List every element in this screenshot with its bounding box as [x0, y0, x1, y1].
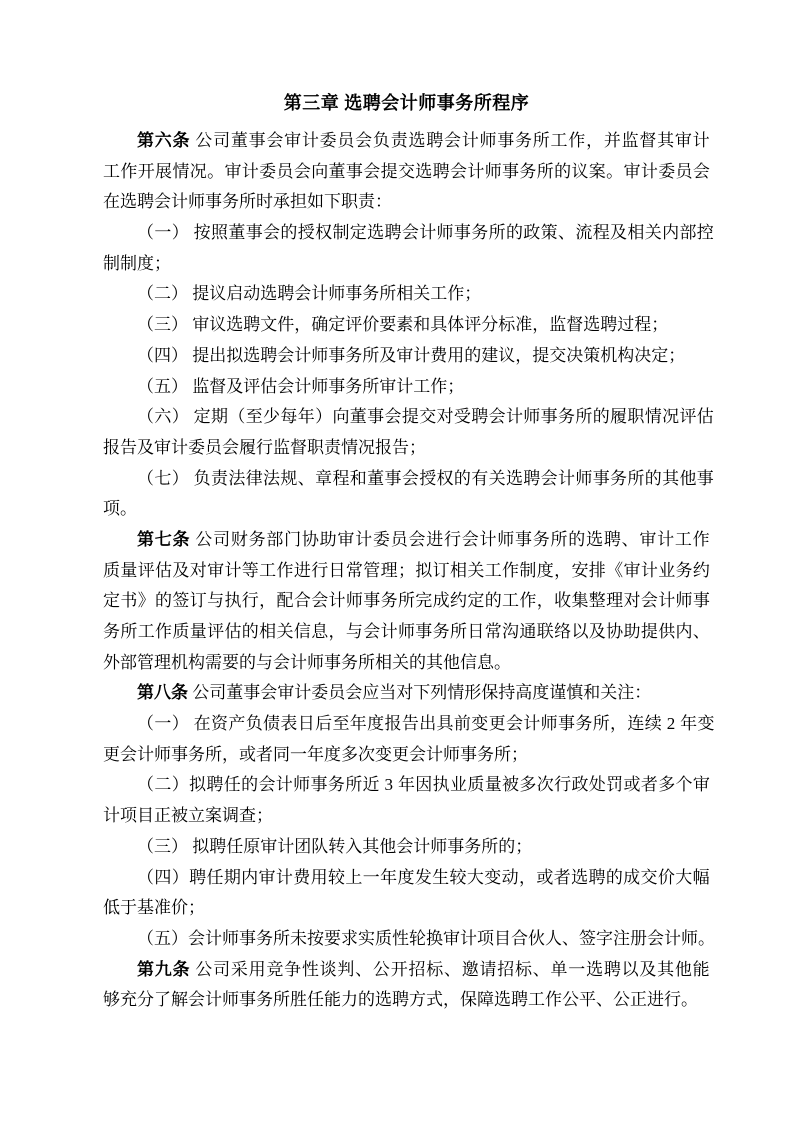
- article-number: 第七条: [137, 530, 190, 549]
- document-content: 第三章 选聘会计师事务所程序 第六条 公司董事会审计委员会负责选聘会计师事务所工…: [103, 88, 710, 1016]
- article-8-item-1: （一） 在资产负债表日后至年度报告出具前变更会计师事务所，连续 2 年变: [103, 709, 710, 740]
- document-page: 第三章 选聘会计师事务所程序 第六条 公司董事会审计委员会负责选聘会计师事务所工…: [0, 0, 794, 1122]
- text-line: 质量评估及对审计等工作进行日常管理；拟订相关工作制度，安排《审计业务约: [103, 556, 710, 587]
- article-6-item-3: （三） 审议选聘文件，确定评价要素和具体评分标准，监督选聘过程；: [103, 310, 710, 341]
- article-6-item-4: （四） 提出拟选聘会计师事务所及审计费用的建议，提交决策机构决定；: [103, 341, 710, 372]
- text-line: 项。: [103, 494, 710, 525]
- text-line: 务所工作质量评估的相关信息，与会计师事务所日常沟通联络以及协助提供内、: [103, 617, 710, 648]
- text-line: 定书》的签订与执行，配合会计师事务所完成约定的工作，收集整理对会计师事: [103, 586, 710, 617]
- article-number: 第九条: [137, 960, 190, 979]
- text-line: 低于基准价；: [103, 893, 710, 924]
- text-line: 外部管理机构需要的与会计师事务所相关的其他信息。: [103, 648, 710, 679]
- article-6-item-7: （七） 负责法律法规、章程和董事会授权的有关选聘会计师事务所的其他事: [103, 464, 710, 495]
- text-line: 计项目正被立案调查；: [103, 801, 710, 832]
- article-8-item-5: （五）会计师事务所未按要求实质性轮换审计项目合伙人、签字注册会计师。: [103, 924, 710, 955]
- text-line: 工作开展情况。审计委员会向董事会提交选聘会计师事务所的议案。审计委员会: [103, 157, 710, 188]
- article-number: 第六条: [137, 131, 190, 150]
- text-line: 在选聘会计师事务所时承担如下职责：: [103, 187, 710, 218]
- chapter-title: 第三章 选聘会计师事务所程序: [103, 88, 710, 119]
- article-8-item-2: （二）拟聘任的会计师事务所近 3 年因执业质量被多次行政处罚或者多个审: [103, 770, 710, 801]
- article-8-item-3: （三） 拟聘任原审计团队转入其他会计师事务所的；: [103, 832, 710, 863]
- document-body: 第六条 公司董事会审计委员会负责选聘会计师事务所工作，并监督其审计工作开展情况。…: [103, 126, 710, 1016]
- article-6-item-1: （一） 按照董事会的授权制定选聘会计师事务所的政策、流程及相关内部控: [103, 218, 710, 249]
- text-line: 够充分了解会计师事务所胜任能力的选聘方式，保障选聘工作公平、公正进行。: [103, 985, 710, 1016]
- article-8-opening: 第八条 公司董事会审计委员会应当对下列情形保持高度谨慎和关注：: [103, 678, 710, 709]
- text-line: 报告及审计委员会履行监督职责情况报告；: [103, 433, 710, 464]
- article-6-item-2: （二） 提议启动选聘会计师事务所相关工作；: [103, 279, 710, 310]
- article-6-opening: 第六条 公司董事会审计委员会负责选聘会计师事务所工作，并监督其审计: [103, 126, 710, 157]
- article-7-opening: 第七条 公司财务部门协助审计委员会进行会计师事务所的选聘、审计工作: [103, 525, 710, 556]
- text-line: 制制度；: [103, 249, 710, 280]
- article-6-item-6: （六） 定期（至少每年）向董事会提交对受聘会计师事务所的履职情况评估: [103, 402, 710, 433]
- text-line: 更会计师事务所，或者同一年度多次变更会计师事务所；: [103, 740, 710, 771]
- article-number: 第八条: [137, 683, 188, 702]
- article-9-opening: 第九条 公司采用竞争性谈判、公开招标、邀请招标、单一选聘以及其他能: [103, 955, 710, 986]
- article-8-item-4: （四）聘任期内审计费用较上一年度发生较大变动，或者选聘的成交价大幅: [103, 863, 710, 894]
- article-6-item-5: （五） 监督及评估会计师事务所审计工作；: [103, 372, 710, 403]
